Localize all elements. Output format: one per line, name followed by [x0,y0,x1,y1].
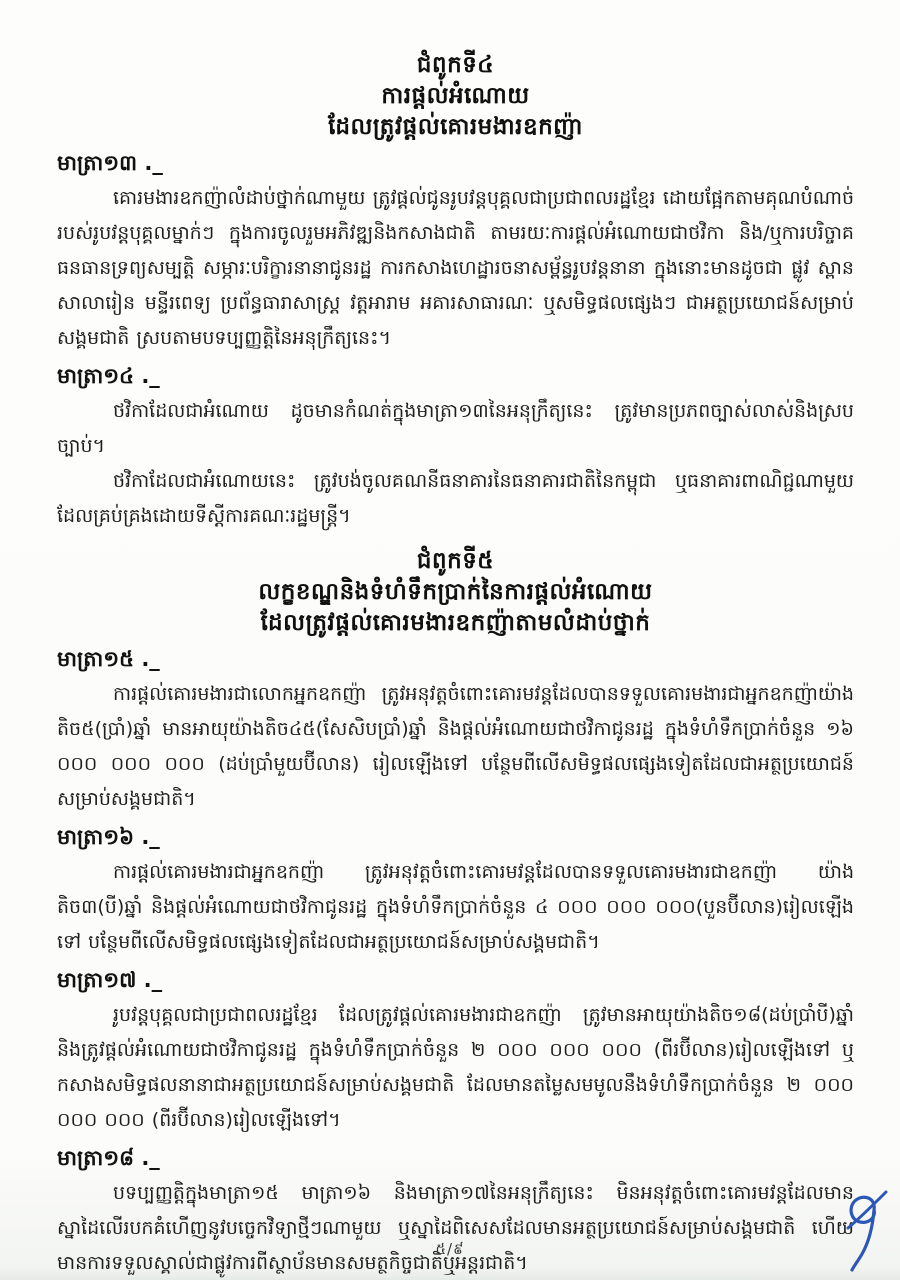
article-14-heading: មាត្រា១៤ ._ [57,358,854,394]
scanned-document-page: ជំពូកទី៤ ការផ្តល់អំណោយ ដែលត្រូវផ្តល់គោរម… [0,0,900,1280]
chapter-5-subtitle-2: ដែលត្រូវផ្តល់គោរមងារឧកញ៉ាតាមលំដាប់ថ្នាក់ [57,608,854,639]
chapter-5-subtitle-1: លក្ខខណ្ឌនិងទំហំទឹកប្រាក់នៃការផ្តល់អំណោយ [57,577,854,608]
article-18-paragraph: បទប្បញ្ញត្តិក្នុងមាត្រា១៥ មាត្រា១៦ និងមា… [57,1176,854,1280]
chapter-4-heading: ជំពូកទី៤ ការផ្តល់អំណោយ ដែលត្រូវផ្តល់គោរម… [57,50,854,143]
chapter-4-subtitle-2: ដែលត្រូវផ្តល់គោរមងារឧកញ៉ា [57,112,854,143]
article-16-heading: មាត្រា១៦ ._ [57,819,854,855]
article-18-heading: មាត្រា១៨ ._ [57,1140,854,1176]
article-14-paragraph-1: ថវិកាដែលជាអំណោយ ដូចមានកំណត់ក្នុងមាត្រា១៣… [57,394,854,464]
article-15: មាត្រា១៥ ._ ការផ្តល់គោរមងារជាលោកអ្នកឧកញ៉… [57,641,854,817]
article-13-paragraph: គោរមងារឧកញ៉ាលំដាប់ថ្នាក់ណាមួយ ត្រូវផ្តល់… [57,181,854,356]
page-number: ៥/៩ [0,1240,900,1262]
article-17-heading: មាត្រា១៧ ._ [57,962,854,998]
article-13: មាត្រា១៣ ._ គោរមងារឧកញ៉ាលំដាប់ថ្នាក់ណាមួ… [57,145,854,356]
article-14-paragraph-2: ថវិកាដែលជាអំណោយនេះ ត្រូវបង់ចូលគណនីធនាគារ… [57,464,854,534]
article-17-paragraph: រូបវន្តបុគ្គលជាប្រជាពលរដ្ឋខ្មែរ ដែលត្រូវ… [57,998,854,1138]
article-13-heading: មាត្រា១៣ ._ [57,145,854,181]
chapter-5-heading: ជំពូកទី៥ លក្ខខណ្ឌនិងទំហំទឹកប្រាក់នៃការផ្… [57,546,854,639]
chapter-5-title: ជំពូកទី៥ [57,546,854,577]
chapter-4-subtitle-1: ការផ្តល់អំណោយ [57,81,854,112]
chapter-4-title: ជំពូកទី៤ [57,50,854,81]
article-17: មាត្រា១៧ ._ រូបវន្តបុគ្គលជាប្រជាពលរដ្ឋខ្… [57,962,854,1138]
handwritten-initial-mark [840,1188,892,1274]
article-16-paragraph: ការផ្តល់គោរមងារជាអ្នកឧកញ៉ា ត្រូវអនុវត្តច… [57,855,854,960]
article-15-heading: មាត្រា១៥ ._ [57,641,854,677]
article-14: មាត្រា១៤ ._ ថវិកាដែលជាអំណោយ ដូចមានកំណត់ក… [57,358,854,534]
article-15-paragraph: ការផ្តល់គោរមងារជាលោកអ្នកឧកញ៉ា ត្រូវអនុវត… [57,677,854,817]
article-16: មាត្រា១៦ ._ ការផ្តល់គោរមងារជាអ្នកឧកញ៉ា ត… [57,819,854,960]
